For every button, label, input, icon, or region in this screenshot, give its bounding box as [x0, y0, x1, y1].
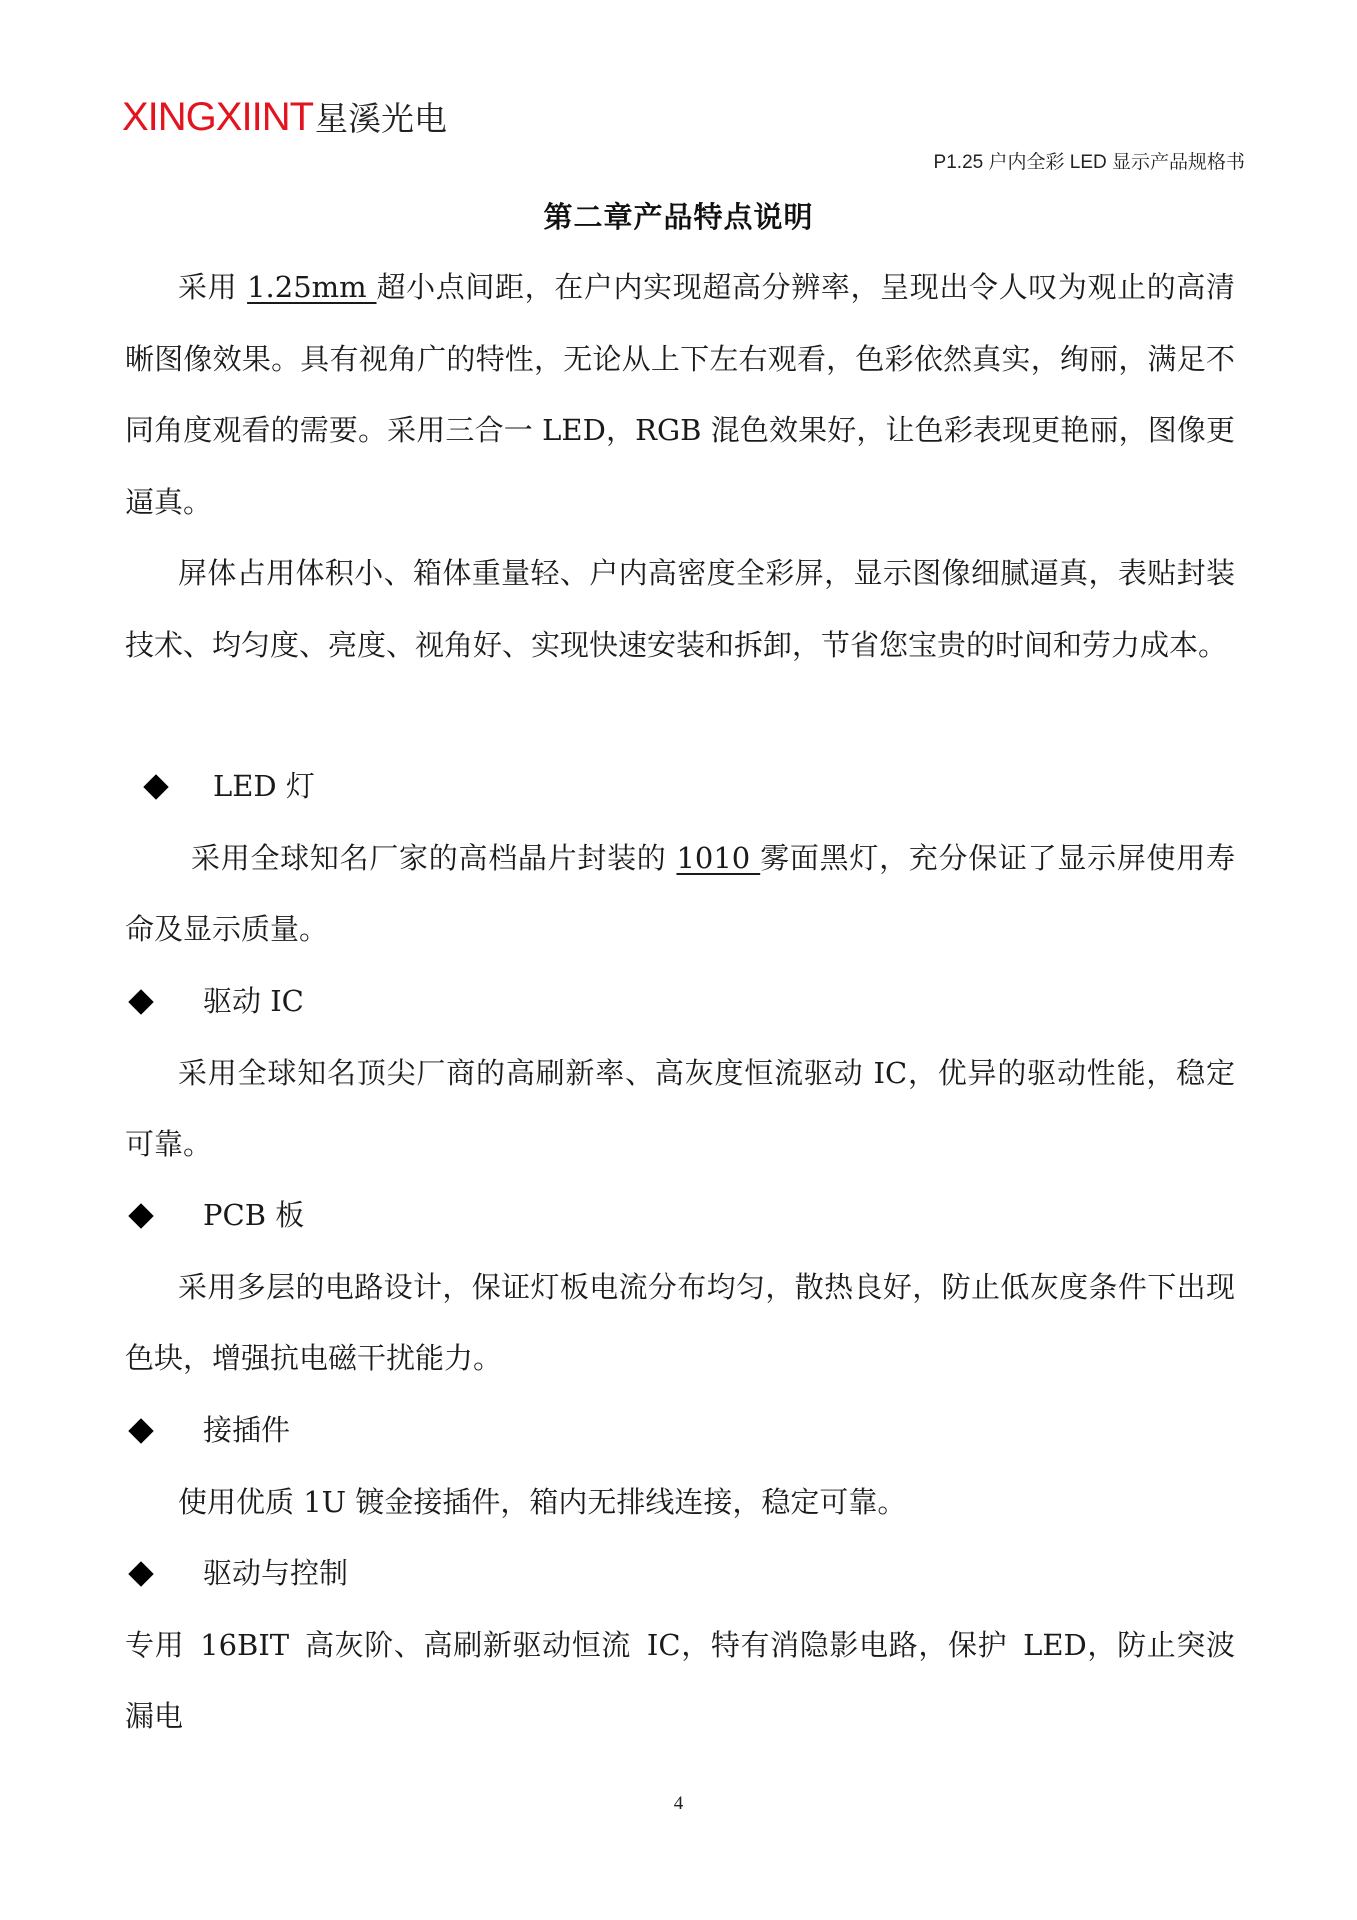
section-drive-control: 驱动与控制 专用 16BIT 高灰阶、高刷新驱动恒流 IC，特有消隐影电路，保护…: [125, 1538, 1235, 1753]
intro-paragraph-2: 屏体占用体积小、箱体重量轻、户内高密度全彩屏，显示图像细腻逼真，表贴封装技术、均…: [125, 538, 1235, 681]
document-page: XINGXIINT 星溪光电 P1.25 户内全彩 LED 显示产品规格书 第二…: [0, 0, 1357, 1920]
section-heading-pcb: PCB 板: [125, 1180, 1235, 1252]
text-span: 采用: [178, 270, 247, 304]
intro-section: 采用 1.25mm 超小点间距，在户内实现超高分辨率，呈现出令人叹为观止的高清晰…: [125, 252, 1235, 681]
section-heading-driver-ic: 驱动 IC: [125, 966, 1235, 1038]
section-heading-connectors: 接插件: [125, 1395, 1235, 1467]
logo-chinese: 星溪光电: [315, 102, 447, 135]
section-pcb: PCB 板 采用多层的电路设计，保证灯板电流分布均匀，散热良好，防止低灰度条件下…: [125, 1180, 1235, 1395]
section-connectors: 接插件 使用优质 1U 镀金接插件，箱内无排线连接，稳定可靠。: [125, 1395, 1235, 1538]
logo-english: XINGXIINT: [122, 97, 313, 137]
diamond-bullet-icon: [143, 774, 168, 799]
underlined-led-model: 1010: [676, 841, 760, 875]
section-heading-text: LED 灯: [213, 751, 315, 823]
section-heading-text: PCB 板: [203, 1180, 304, 1252]
section-heading-text: 接插件: [203, 1395, 290, 1467]
company-logo: XINGXIINT 星溪光电: [122, 97, 447, 137]
section-body-connectors: 使用优质 1U 镀金接插件，箱内无排线连接，稳定可靠。: [125, 1467, 1235, 1539]
diamond-bullet-icon: [128, 1203, 153, 1228]
section-heading-text: 驱动与控制: [203, 1538, 348, 1610]
underlined-pitch-value: 1.25mm: [247, 270, 376, 304]
section-led: LED 灯 采用全球知名厂家的高档晶片封装的 1010 雾面黑灯，充分保证了显示…: [125, 751, 1235, 966]
section-body-pcb: 采用多层的电路设计，保证灯板电流分布均匀，散热良好，防止低灰度条件下出现色块，增…: [125, 1252, 1235, 1395]
section-driver-ic: 驱动 IC 采用全球知名顶尖厂商的高刷新率、高灰度恒流驱动 IC，优异的驱动性能…: [125, 966, 1235, 1181]
section-heading-drive-control: 驱动与控制: [125, 1538, 1235, 1610]
text-span: 采用全球知名厂家的高档晶片封装的: [191, 841, 676, 875]
chapter-title: 第二章产品特点说明: [0, 195, 1357, 236]
intro-paragraph-1: 采用 1.25mm 超小点间距，在户内实现超高分辨率，呈现出令人叹为观止的高清晰…: [125, 252, 1235, 538]
diamond-bullet-icon: [128, 1418, 153, 1443]
diamond-bullet-icon: [128, 1561, 153, 1586]
document-title: P1.25 户内全彩 LED 显示产品规格书: [934, 147, 1245, 174]
section-body-led: 采用全球知名厂家的高档晶片封装的 1010 雾面黑灯，充分保证了显示屏使用寿命及…: [125, 823, 1235, 966]
section-heading-text: 驱动 IC: [203, 966, 304, 1038]
diamond-bullet-icon: [128, 989, 153, 1014]
section-body-driver-ic: 采用全球知名顶尖厂商的高刷新率、高灰度恒流驱动 IC，优异的驱动性能，稳定可靠。: [125, 1038, 1235, 1181]
text-span: 超小点间距，在户内实现超高分辨率，呈现出令人叹为观止的高清晰图像效果。具有视角广…: [125, 270, 1235, 519]
page-number: 4: [0, 1793, 1357, 1815]
section-heading-led: LED 灯: [125, 751, 1235, 823]
section-body-drive-control: 专用 16BIT 高灰阶、高刷新驱动恒流 IC，特有消隐影电路，保护 LED，防…: [125, 1610, 1235, 1753]
